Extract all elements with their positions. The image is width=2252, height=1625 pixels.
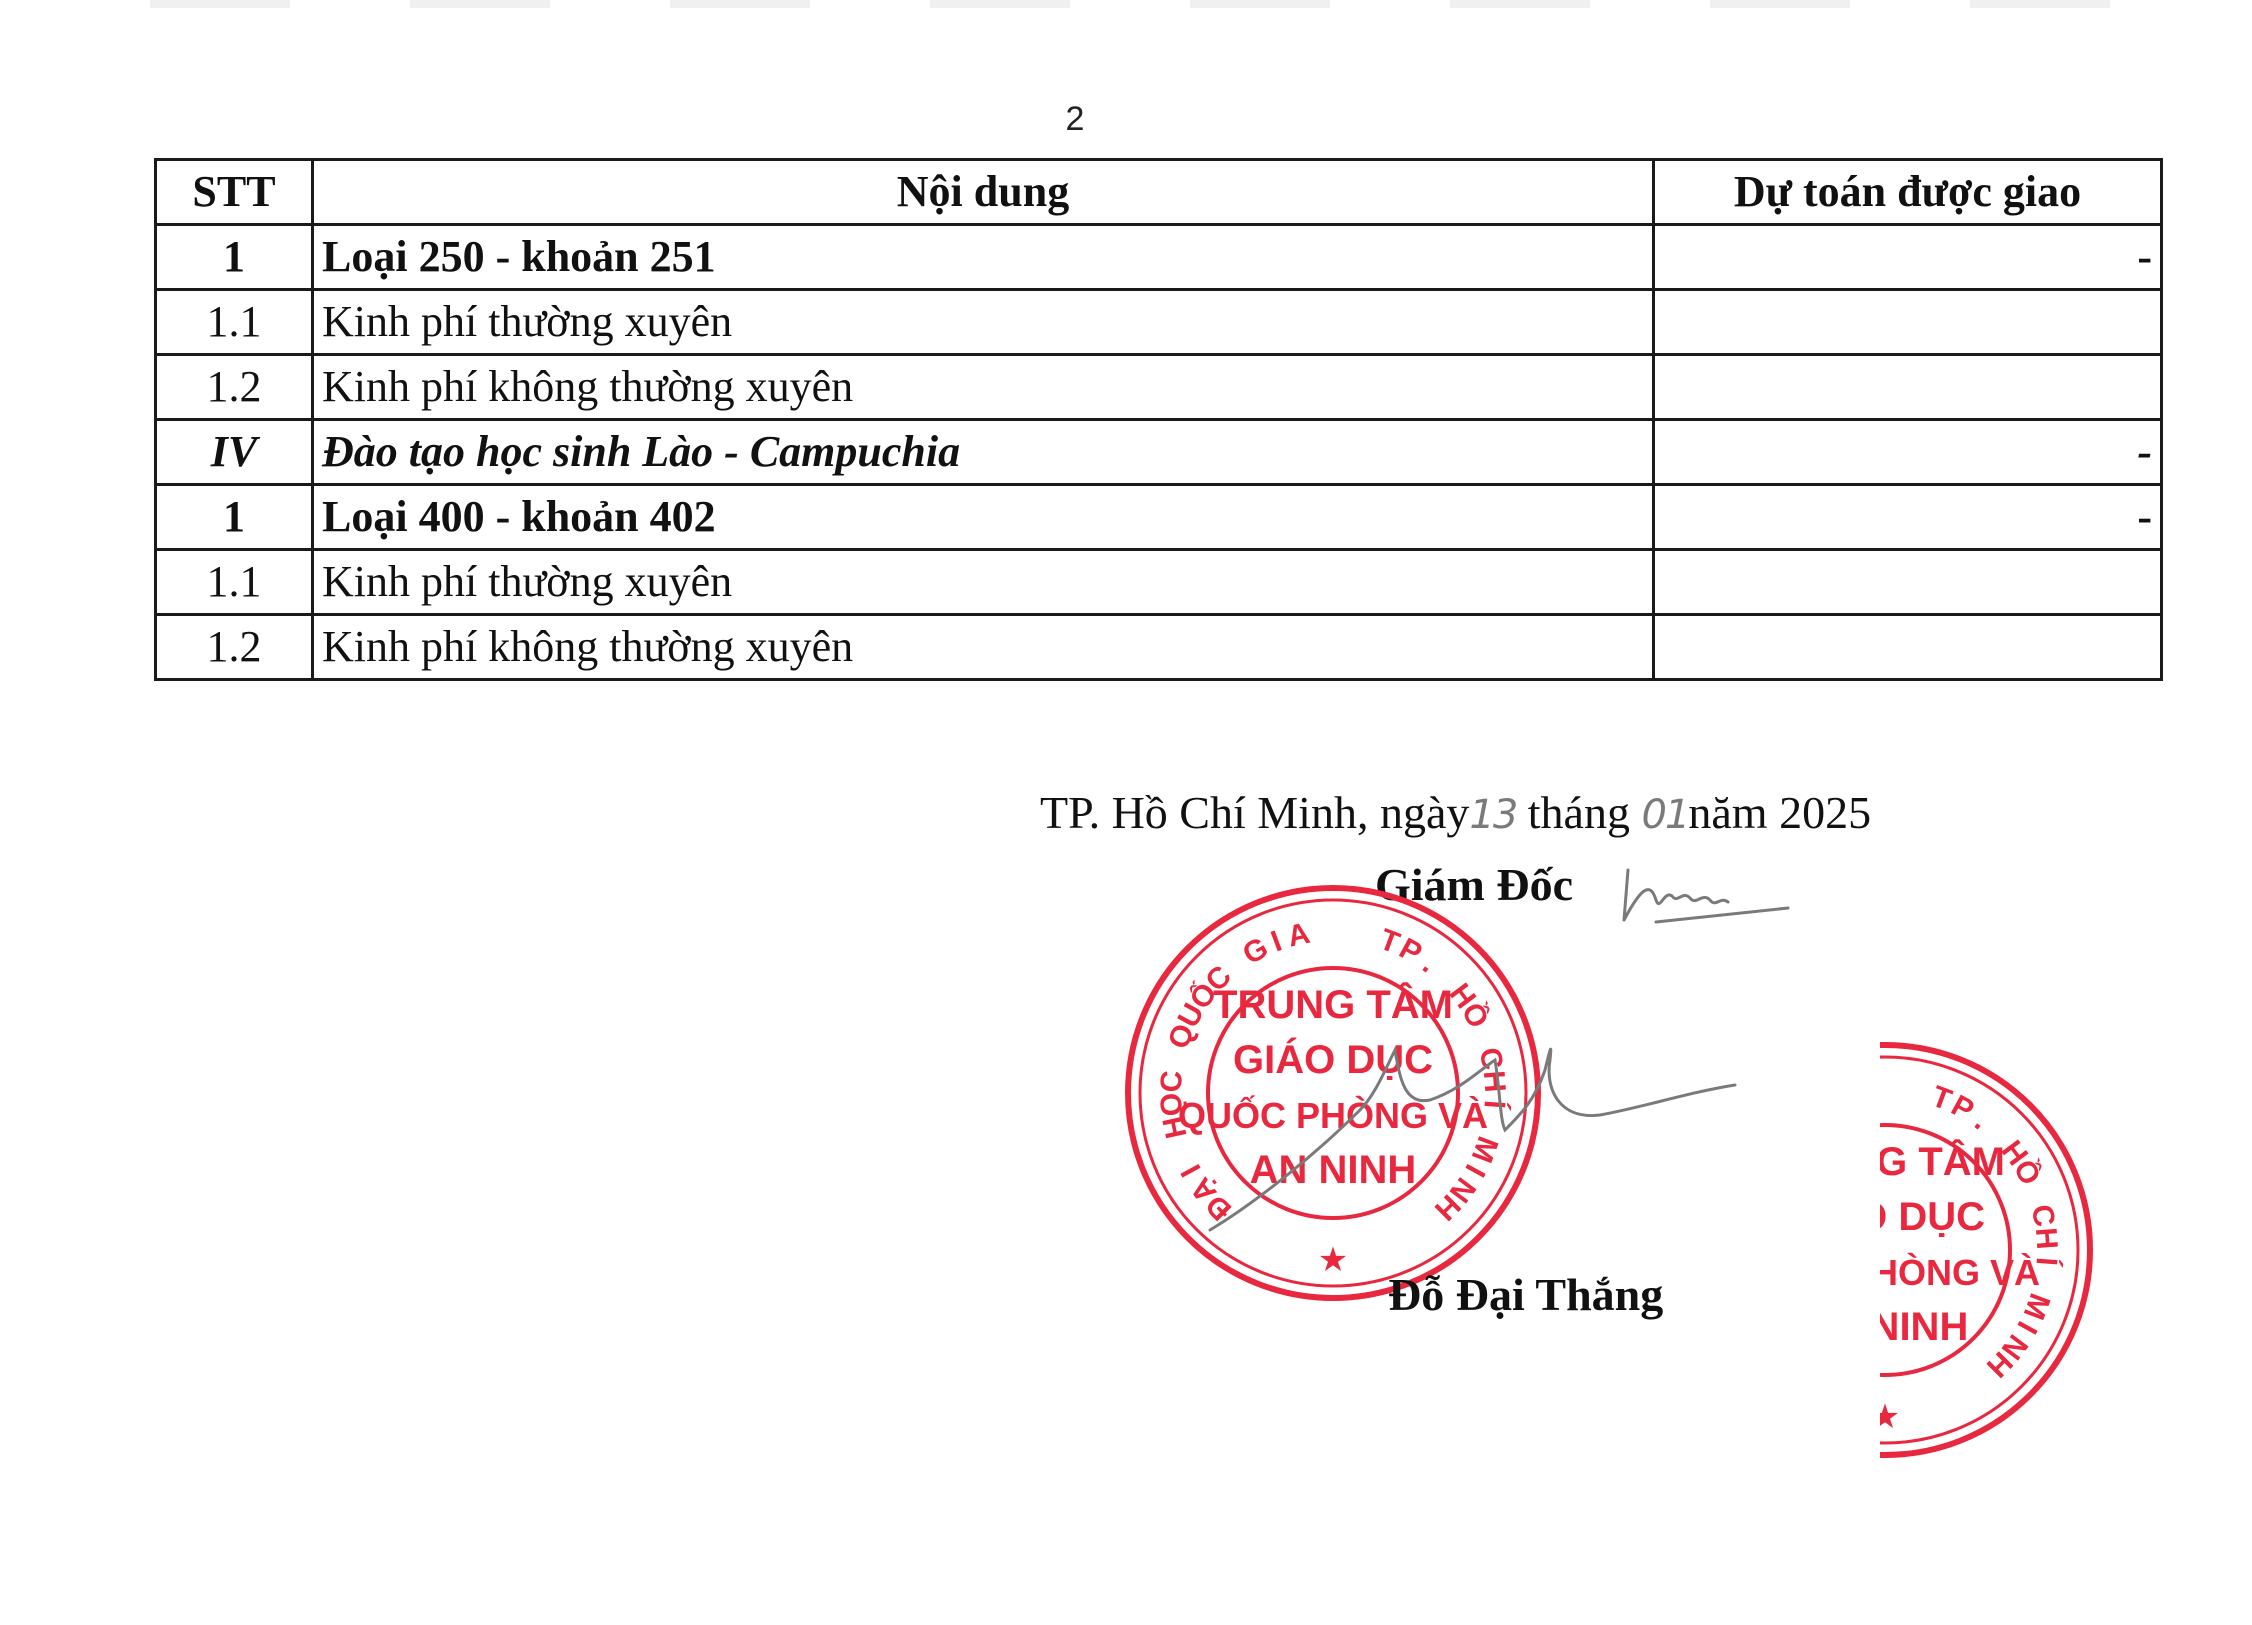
- page-number: 2: [1060, 100, 1090, 139]
- place-prefix: TP. Hồ Chí Minh, ngày: [1040, 787, 1469, 838]
- cell-content: Kinh phí thường xuyên: [313, 550, 1654, 615]
- svg-text:H: H: [2029, 1226, 2063, 1250]
- header-stt: STT: [156, 160, 313, 225]
- cell-amount: [1654, 355, 2162, 420]
- previous-page-fragment: [150, 0, 2160, 8]
- cell-amount: [1654, 290, 2162, 355]
- cell-content: Kinh phí không thường xuyên: [313, 615, 1654, 680]
- cell-stt: 1: [156, 225, 313, 290]
- place-date-line: TP. Hồ Chí Minh, ngày13 tháng 01năm 2025: [1040, 786, 1871, 839]
- cell-stt: 1: [156, 485, 313, 550]
- table-row: 1Loại 400 - khoản 402-: [156, 485, 2162, 550]
- header-amount: Dự toán được giao: [1654, 160, 2162, 225]
- cell-stt: 1.2: [156, 355, 313, 420]
- year-text: năm 2025: [1688, 787, 1871, 838]
- svg-text:QUỐC PHÒNG VÀ: QUỐC PHÒNG VÀ: [1880, 1251, 2040, 1293]
- svg-text:C: C: [1155, 1069, 1189, 1093]
- table-row: 1.1Kinh phí thường xuyên: [156, 550, 2162, 615]
- svg-text:AN NINH: AN NINH: [1880, 1305, 1968, 1349]
- table-row: 1.2Kinh phí không thường xuyên: [156, 355, 2162, 420]
- table-body: 1Loại 250 - khoản 251-1.1Kinh phí thường…: [156, 225, 2162, 680]
- svg-text:TRUNG TÂM: TRUNG TÂM: [1213, 981, 1453, 1027]
- svg-text:TRUNG TÂM: TRUNG TÂM: [1880, 1138, 2005, 1184]
- partial-seal-icon: ĐẠIHỌCQUỐCGIATP.HỒCHÍMINHTRUNG TÂMGIÁO D…: [1880, 1030, 2140, 1470]
- cell-content: Đào tạo học sinh Lào - Campuchia: [313, 420, 1654, 485]
- cell-amount: [1654, 550, 2162, 615]
- header-content: Nội dung: [313, 160, 1654, 225]
- cell-stt: 1.1: [156, 290, 313, 355]
- cell-content: Loại 400 - khoản 402: [313, 485, 1654, 550]
- main-signature-icon: [1200, 1030, 1740, 1250]
- cell-amount: -: [1654, 420, 2162, 485]
- cell-stt: 1.2: [156, 615, 313, 680]
- cell-stt: 1.1: [156, 550, 313, 615]
- cell-content: Kinh phí thường xuyên: [313, 290, 1654, 355]
- table-row: IVĐào tạo học sinh Lào - Campuchia-: [156, 420, 2162, 485]
- cell-content: Kinh phí không thường xuyên: [313, 355, 1654, 420]
- cell-amount: -: [1654, 485, 2162, 550]
- svg-text:G: G: [1237, 931, 1273, 971]
- svg-text:M: M: [2017, 1289, 2057, 1324]
- svg-text:C: C: [2024, 1202, 2061, 1230]
- cell-amount: -: [1654, 225, 2162, 290]
- svg-text:A: A: [1285, 917, 1313, 954]
- table-row: 1.2Kinh phí không thường xuyên: [156, 615, 2162, 680]
- table-header-row: STT Nội dung Dự toán được giao: [156, 160, 2162, 225]
- svg-text:GIÁO DỤC: GIÁO DỤC: [1880, 1194, 1985, 1239]
- budget-table: STT Nội dung Dự toán được giao 1Loại 250…: [154, 158, 2163, 681]
- cell-amount: [1654, 615, 2162, 680]
- svg-text:★: ★: [1880, 1397, 1900, 1437]
- signer-name: Đỗ Đại Thắng: [1388, 1268, 1663, 1321]
- month-label: tháng: [1528, 787, 1630, 838]
- handwritten-month: 01: [1641, 792, 1688, 838]
- table-row: 1.1Kinh phí thường xuyên: [156, 290, 2162, 355]
- initials-signature-icon: [1620, 860, 1790, 940]
- handwritten-day: 13: [1469, 792, 1516, 838]
- table-row: 1Loại 250 - khoản 251-: [156, 225, 2162, 290]
- cell-content: Loại 250 - khoản 251: [313, 225, 1654, 290]
- cell-stt: IV: [156, 420, 313, 485]
